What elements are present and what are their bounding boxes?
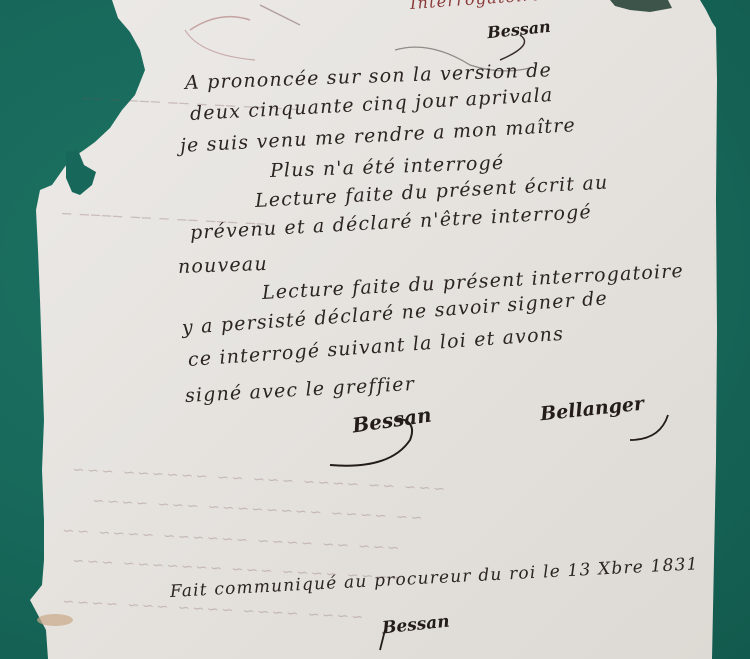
manuscript-line-7: nouveau bbox=[178, 253, 269, 278]
document-photo: ─ ─ ── ── ─ ── ─── ─ ── ── ─── ── ─ ── ─… bbox=[0, 0, 750, 659]
